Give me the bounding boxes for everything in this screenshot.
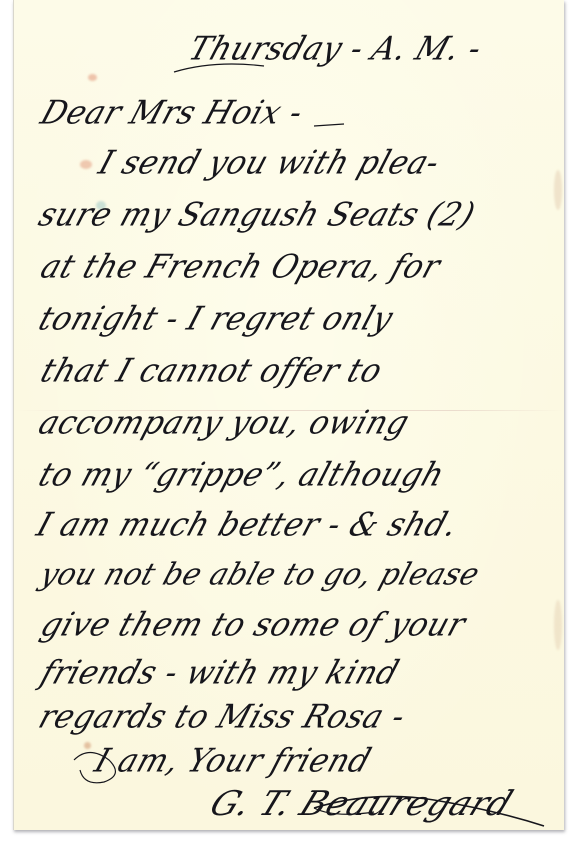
letter-page: Thursday - A. M. - Dear Mrs Hoix - I sen…: [13, 0, 564, 830]
pen-flourishes: [14, 0, 564, 830]
